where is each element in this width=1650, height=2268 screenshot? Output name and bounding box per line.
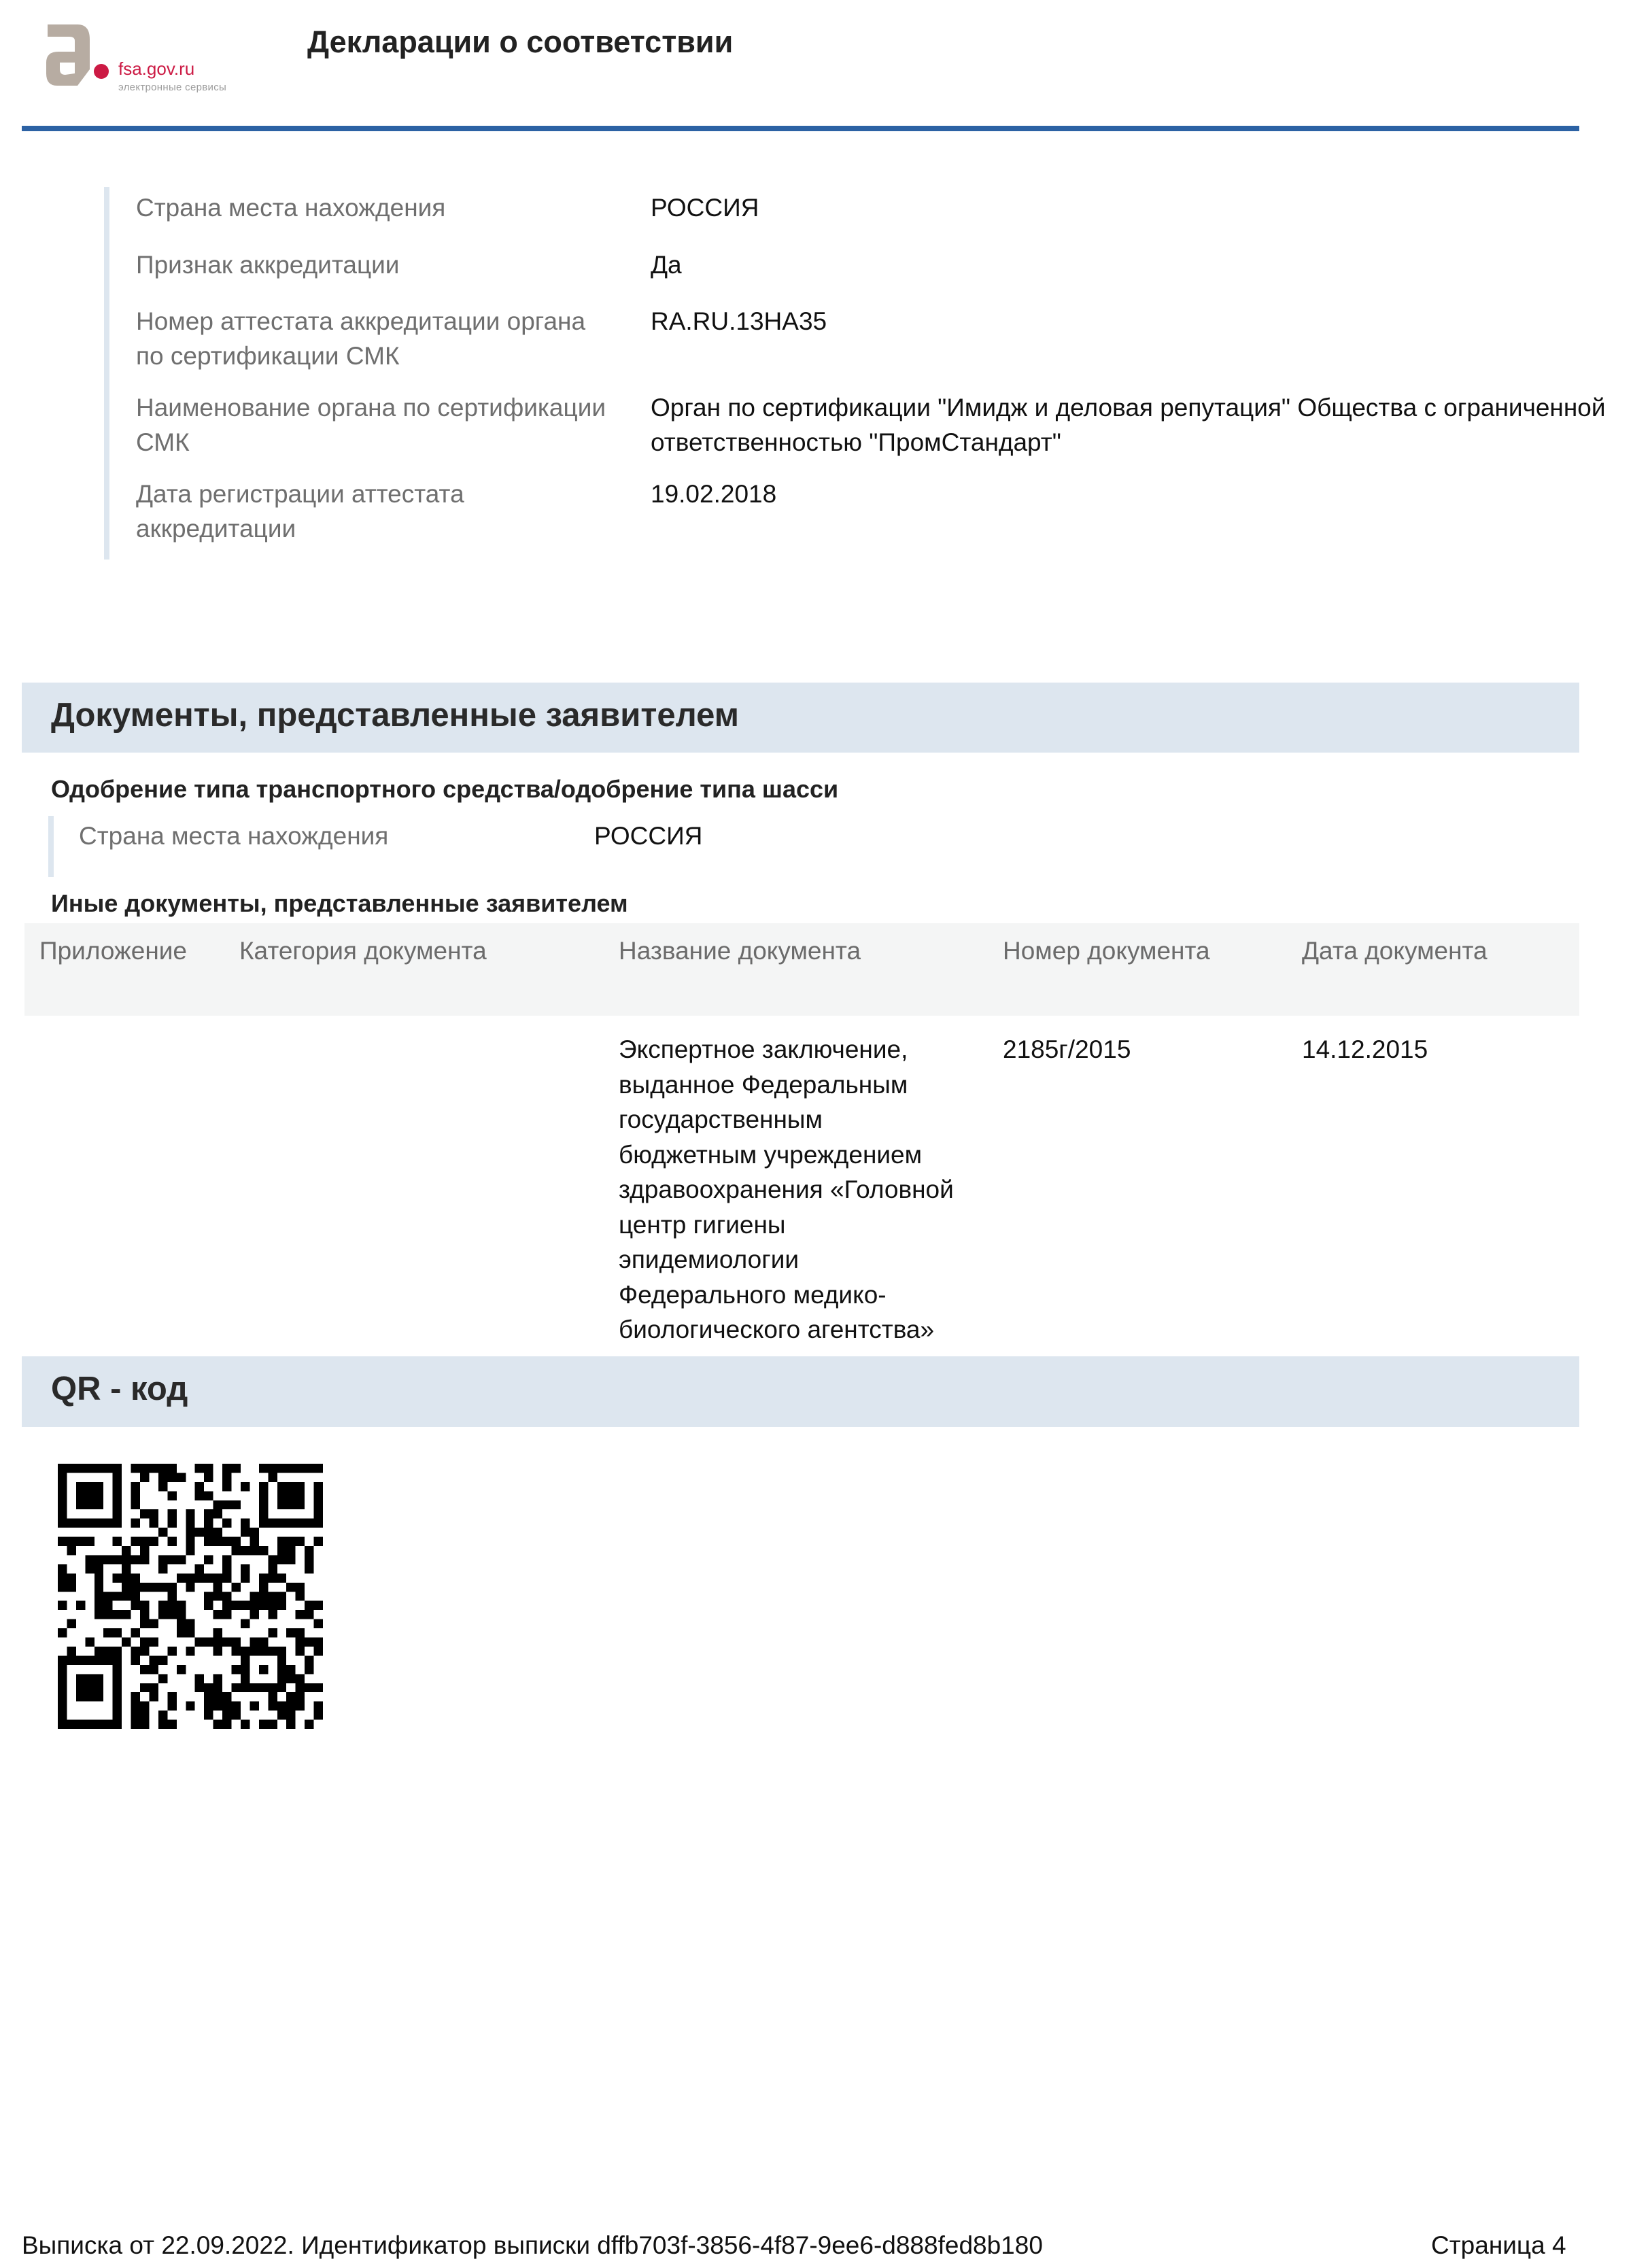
document-name-line: здравоохранения «Головной xyxy=(619,1172,986,1207)
column-header-date: Дата документа xyxy=(1302,937,1488,965)
logo-domain: fsa.gov.ru xyxy=(118,58,194,80)
property-value: Да xyxy=(651,247,682,282)
logo-subtitle: электронные сервисы xyxy=(118,82,226,93)
qr-section-title: QR - код xyxy=(51,1370,188,1408)
fsa-logo-icon xyxy=(42,20,97,88)
column-header-attachment: Приложение xyxy=(39,937,187,965)
column-header-name: Название документа xyxy=(619,937,861,965)
cell-document-name: Экспертное заключение,выданное Федеральн… xyxy=(619,1032,986,1347)
document-name-line: бюджетным учреждением xyxy=(619,1137,986,1173)
column-header-number: Номер документа xyxy=(1003,937,1210,965)
property-label: Дата регистрации аттестатааккредитации xyxy=(136,477,464,546)
document-name-line: государственным xyxy=(619,1102,986,1137)
logo-dot xyxy=(94,64,109,79)
document-name-line: биологического агентства» xyxy=(619,1312,986,1347)
other-documents-heading: Иные документы, представленные заявителе… xyxy=(51,889,628,918)
qr-section-header: QR - код xyxy=(22,1356,1579,1427)
documents-table-header: Приложение Категория документа Название … xyxy=(24,923,1579,1016)
property-value: 19.02.2018 xyxy=(651,477,776,511)
page-title: Декларации о соответствии xyxy=(307,24,733,60)
documents-section-header: Документы, представленные заявителем xyxy=(22,683,1579,753)
cell-document-number: 2185г/2015 xyxy=(1003,1032,1131,1067)
property-value: РОССИЯ xyxy=(651,190,759,225)
document-name-line: Экспертное заключение, xyxy=(619,1032,986,1067)
property-label: Признак аккредитации xyxy=(136,247,399,282)
property-label: Наименование органа по сертификацииСМК xyxy=(136,390,606,460)
footer-extract-info: Выписка от 22.09.2022. Идентификатор вып… xyxy=(22,2231,1043,2260)
property-label: Страна места нахождения xyxy=(136,190,445,225)
property-value: RA.RU.13НА35 xyxy=(651,304,827,339)
documents-section-title: Документы, представленные заявителем xyxy=(51,696,739,734)
column-header-category: Категория документа xyxy=(239,937,487,965)
header-divider xyxy=(22,126,1579,131)
qr-code-icon xyxy=(58,1464,323,1729)
vehicle-approval-label: Страна места нахождения xyxy=(79,819,388,853)
vehicle-approval-value: РОССИЯ xyxy=(594,819,702,853)
document-name-line: эпидемиологии xyxy=(619,1242,986,1277)
vehicle-approval-accent-bar xyxy=(48,816,54,877)
vehicle-approval-heading: Одобрение типа транспортного средства/од… xyxy=(51,775,838,804)
fsa-logo: fsa.gov.ru электронные сервисы xyxy=(42,20,246,95)
cell-document-date: 14.12.2015 xyxy=(1302,1032,1428,1067)
property-value: Орган по сертификации "Имидж и деловая р… xyxy=(651,390,1606,460)
property-label: Номер аттестата аккредитации органапо се… xyxy=(136,304,585,373)
document-name-line: Федерального медико- xyxy=(619,1277,986,1313)
document-name-line: центр гигиены xyxy=(619,1207,986,1243)
document-name-line: выданное Федеральным xyxy=(619,1067,986,1103)
table-row: Экспертное заключение,выданное Федеральн… xyxy=(24,1016,1579,1356)
footer-page-number: Страница 4 xyxy=(1431,2231,1566,2260)
section-accent-bar xyxy=(104,187,109,560)
